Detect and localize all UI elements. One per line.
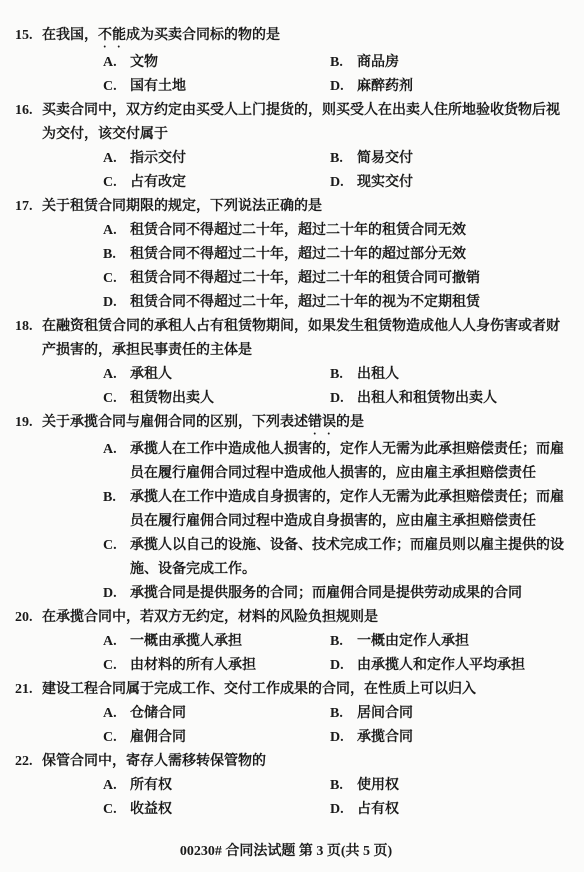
- option-text: 收益权: [130, 802, 172, 817]
- option-label: B.: [103, 486, 130, 510]
- option-B: B.居间合同: [330, 702, 572, 726]
- option-text: 所有权: [130, 778, 172, 793]
- stem-text: 保管合同中，寄存人需移转保管物的: [42, 754, 266, 769]
- option-A: A.承揽人在工作中造成他人损害的，定作人无需为此承担赔偿责任；而雇员在履行雇佣合…: [103, 438, 572, 486]
- option-A: A.租赁合同不得超过二十年，超过二十年的租赁合同无效: [103, 219, 572, 243]
- option-A: A.承租人: [103, 363, 330, 387]
- options-grid: A.文物B.商品房C.国有土地D.麻醉药剂: [103, 51, 572, 99]
- option-A: A.一概由承揽人承担: [103, 630, 330, 654]
- option-text: 占有改定: [130, 175, 186, 190]
- option-text: 雇佣合同: [130, 730, 186, 745]
- option-text: 由材料的所有人承担: [130, 658, 256, 673]
- option-text: 承揽人以自己的设施、设备、技术完成工作；而雇员则以雇主提供的设施、设备完成工作。: [130, 538, 564, 577]
- option-label: A.: [103, 147, 130, 171]
- option-C: C.雇佣合同: [103, 726, 330, 750]
- page-footer: 00230# 合同法试题 第 3 页(共 5 页): [0, 840, 572, 864]
- option-C: C.租赁合同不得超过二十年，超过二十年的租赁合同可撤销: [103, 267, 572, 291]
- option-C: C.承揽人以自己的设施、设备、技术完成工作；而雇员则以雇主提供的设施、设备完成工…: [103, 534, 572, 582]
- question-list: 15.在我国，不能成为买卖合同标的物的是A.文物B.商品房C.国有土地D.麻醉药…: [0, 24, 572, 822]
- option-label: D.: [330, 75, 357, 99]
- option-C: C.收益权: [103, 798, 330, 822]
- option-A: A.文物: [103, 51, 330, 75]
- question-number: 16.: [15, 99, 33, 123]
- question-stem: 15.在我国，不能成为买卖合同标的物的是: [0, 24, 572, 51]
- option-C: C.租赁物出卖人: [103, 387, 330, 411]
- stem-text: 关于租赁合同期限的规定，下列说法正确的是: [42, 199, 322, 214]
- stem-text: 在我国，: [42, 28, 98, 43]
- option-label: A.: [103, 774, 130, 798]
- option-text: 指示交付: [130, 151, 186, 166]
- option-label: D.: [330, 798, 357, 822]
- option-text: 占有权: [357, 802, 399, 817]
- stem-text: 关于承揽合同与雇佣合同的区别，下列表述: [42, 415, 308, 430]
- option-text: 现实交付: [357, 175, 413, 190]
- question-20: 20.在承揽合同中，若双方无约定，材料的风险负担规则是A.一概由承揽人承担B.一…: [0, 606, 572, 678]
- option-B: B.简易交付: [330, 147, 572, 171]
- stem-text: 在承揽合同中，若双方无约定，材料的风险负担规则是: [42, 610, 378, 625]
- option-C: C.占有改定: [103, 171, 330, 195]
- option-label: A.: [103, 363, 130, 387]
- option-label: C.: [103, 654, 130, 678]
- options-grid: A.所有权B.使用权C.收益权D.占有权: [103, 774, 572, 822]
- option-label: C.: [103, 171, 130, 195]
- options-list: A.租赁合同不得超过二十年，超过二十年的租赁合同无效B.租赁合同不得超过二十年，…: [103, 219, 572, 315]
- option-label: C.: [103, 534, 130, 558]
- option-text: 承揽人在工作中造成他人损害的，定作人无需为此承担赔偿责任；而雇员在履行雇佣合同过…: [130, 442, 564, 481]
- option-label: B.: [330, 774, 357, 798]
- options-grid: A.仓储合同B.居间合同C.雇佣合同D.承揽合同: [103, 702, 572, 750]
- option-text: 承租人: [130, 367, 172, 382]
- question-stem: 17.关于租赁合同期限的规定，下列说法正确的是: [0, 195, 572, 219]
- options-list: A.承揽人在工作中造成他人损害的，定作人无需为此承担赔偿责任；而雇员在履行雇佣合…: [103, 438, 572, 606]
- option-C: C.由材料的所有人承担: [103, 654, 330, 678]
- option-label: B.: [330, 630, 357, 654]
- option-label: D.: [330, 387, 357, 411]
- question-stem: 19.关于承揽合同与雇佣合同的区别，下列表述错误的是: [0, 411, 572, 438]
- option-text: 租赁合同不得超过二十年，超过二十年的视为不定期租赁: [130, 295, 480, 310]
- option-text: 出租人: [357, 367, 399, 382]
- option-text: 出租人和租赁物出卖人: [357, 391, 497, 406]
- option-text: 一概由承揽人承担: [130, 634, 242, 649]
- option-A: A.所有权: [103, 774, 330, 798]
- option-label: A.: [103, 630, 130, 654]
- option-text: 简易交付: [357, 151, 413, 166]
- option-B: B.商品房: [330, 51, 572, 75]
- option-C: C.国有土地: [103, 75, 330, 99]
- option-label: C.: [103, 798, 130, 822]
- options-grid: A.指示交付B.简易交付C.占有改定D.现实交付: [103, 147, 572, 195]
- stem-text: 在融资租赁合同的承租人占有租赁物期间，如果发生租赁物造成他人人身伤害或者财产损害…: [42, 319, 560, 358]
- option-label: B.: [103, 243, 130, 267]
- option-B: B.出租人: [330, 363, 572, 387]
- emphasized-text: 错误: [308, 415, 336, 430]
- option-label: A.: [103, 219, 130, 243]
- question-number: 18.: [15, 315, 33, 339]
- option-D: D.麻醉药剂: [330, 75, 572, 99]
- option-text: 商品房: [357, 55, 399, 70]
- question-stem: 16.买卖合同中，双方约定由买受人上门提货的，则买受人在出卖人住所地验收货物后视…: [0, 99, 572, 147]
- question-number: 15.: [15, 24, 33, 48]
- option-text: 承揽人在工作中造成自身损害的，定作人无需为此承担赔偿责任；而雇员在履行雇佣合同过…: [130, 490, 564, 529]
- option-label: B.: [330, 147, 357, 171]
- option-text: 居间合同: [357, 706, 413, 721]
- option-D: D.承揽合同: [330, 726, 572, 750]
- question-stem: 22.保管合同中，寄存人需移转保管物的: [0, 750, 572, 774]
- question-number: 19.: [15, 411, 33, 435]
- option-D: D.现实交付: [330, 171, 572, 195]
- option-text: 使用权: [357, 778, 399, 793]
- question-18: 18.在融资租赁合同的承租人占有租赁物期间，如果发生租赁物造成他人人身伤害或者财…: [0, 315, 572, 411]
- option-label: C.: [103, 387, 130, 411]
- option-B: B.使用权: [330, 774, 572, 798]
- question-15: 15.在我国，不能成为买卖合同标的物的是A.文物B.商品房C.国有土地D.麻醉药…: [0, 24, 572, 99]
- option-label: A.: [103, 438, 130, 462]
- question-16: 16.买卖合同中，双方约定由买受人上门提货的，则买受人在出卖人住所地验收货物后视…: [0, 99, 572, 195]
- option-label: C.: [103, 726, 130, 750]
- question-number: 21.: [15, 678, 33, 702]
- option-text: 文物: [130, 55, 158, 70]
- option-text: 租赁物出卖人: [130, 391, 214, 406]
- option-text: 一概由定作人承担: [357, 634, 469, 649]
- option-label: A.: [103, 51, 130, 75]
- question-21: 21.建设工程合同属于完成工作、交付工作成果的合同，在性质上可以归入A.仓储合同…: [0, 678, 572, 750]
- option-label: C.: [103, 267, 130, 291]
- option-text: 仓储合同: [130, 706, 186, 721]
- option-label: B.: [330, 702, 357, 726]
- option-text: 租赁合同不得超过二十年，超过二十年的租赁合同可撤销: [130, 271, 480, 286]
- exam-page: 15.在我国，不能成为买卖合同标的物的是A.文物B.商品房C.国有土地D.麻醉药…: [0, 0, 584, 872]
- options-grid: A.一概由承揽人承担B.一概由定作人承担C.由材料的所有人承担D.由承揽人和定作…: [103, 630, 572, 678]
- option-text: 国有土地: [130, 79, 186, 94]
- option-text: 麻醉药剂: [357, 79, 413, 94]
- option-label: D.: [330, 654, 357, 678]
- option-D: D.占有权: [330, 798, 572, 822]
- option-A: A.指示交付: [103, 147, 330, 171]
- option-D: D.租赁合同不得超过二十年，超过二十年的视为不定期租赁: [103, 291, 572, 315]
- option-B: B.一概由定作人承担: [330, 630, 572, 654]
- option-B: B.租赁合同不得超过二十年，超过二十年的超过部分无效: [103, 243, 572, 267]
- option-label: D.: [330, 171, 357, 195]
- emphasized-text: 不能: [98, 28, 126, 43]
- option-text: 承揽合同是提供服务的合同；而雇佣合同是提供劳动成果的合同: [130, 586, 522, 601]
- option-label: C.: [103, 75, 130, 99]
- stem-text: 买卖合同中，双方约定由买受人上门提货的，则买受人在出卖人住所地验收货物后视为交付…: [42, 103, 560, 142]
- option-text: 承揽合同: [357, 730, 413, 745]
- question-22: 22.保管合同中，寄存人需移转保管物的A.所有权B.使用权C.收益权D.占有权: [0, 750, 572, 822]
- question-number: 17.: [15, 195, 33, 219]
- option-text: 租赁合同不得超过二十年，超过二十年的租赁合同无效: [130, 223, 466, 238]
- option-label: D.: [330, 726, 357, 750]
- question-number: 20.: [15, 606, 33, 630]
- question-stem: 18.在融资租赁合同的承租人占有租赁物期间，如果发生租赁物造成他人人身伤害或者财…: [0, 315, 572, 363]
- option-label: D.: [103, 291, 130, 315]
- option-B: B.承揽人在工作中造成自身损害的，定作人无需为此承担赔偿责任；而雇员在履行雇佣合…: [103, 486, 572, 534]
- question-17: 17.关于租赁合同期限的规定，下列说法正确的是A.租赁合同不得超过二十年，超过二…: [0, 195, 572, 315]
- option-label: B.: [330, 51, 357, 75]
- option-label: D.: [103, 582, 130, 606]
- option-A: A.仓储合同: [103, 702, 330, 726]
- option-label: B.: [330, 363, 357, 387]
- stem-text: 建设工程合同属于完成工作、交付工作成果的合同，在性质上可以归入: [42, 682, 476, 697]
- question-number: 22.: [15, 750, 33, 774]
- question-stem: 21.建设工程合同属于完成工作、交付工作成果的合同，在性质上可以归入: [0, 678, 572, 702]
- stem-text: 的是: [336, 415, 364, 430]
- option-text: 租赁合同不得超过二十年，超过二十年的超过部分无效: [130, 247, 466, 262]
- option-label: A.: [103, 702, 130, 726]
- options-grid: A.承租人B.出租人C.租赁物出卖人D.出租人和租赁物出卖人: [103, 363, 572, 411]
- option-text: 由承揽人和定作人平均承担: [357, 658, 525, 673]
- stem-text: 成为买卖合同标的物的是: [126, 28, 280, 43]
- option-D: D.出租人和租赁物出卖人: [330, 387, 572, 411]
- option-D: D.由承揽人和定作人平均承担: [330, 654, 572, 678]
- question-stem: 20.在承揽合同中，若双方无约定，材料的风险负担规则是: [0, 606, 572, 630]
- question-19: 19.关于承揽合同与雇佣合同的区别，下列表述错误的是A.承揽人在工作中造成他人损…: [0, 411, 572, 606]
- option-D: D.承揽合同是提供服务的合同；而雇佣合同是提供劳动成果的合同: [103, 582, 572, 606]
